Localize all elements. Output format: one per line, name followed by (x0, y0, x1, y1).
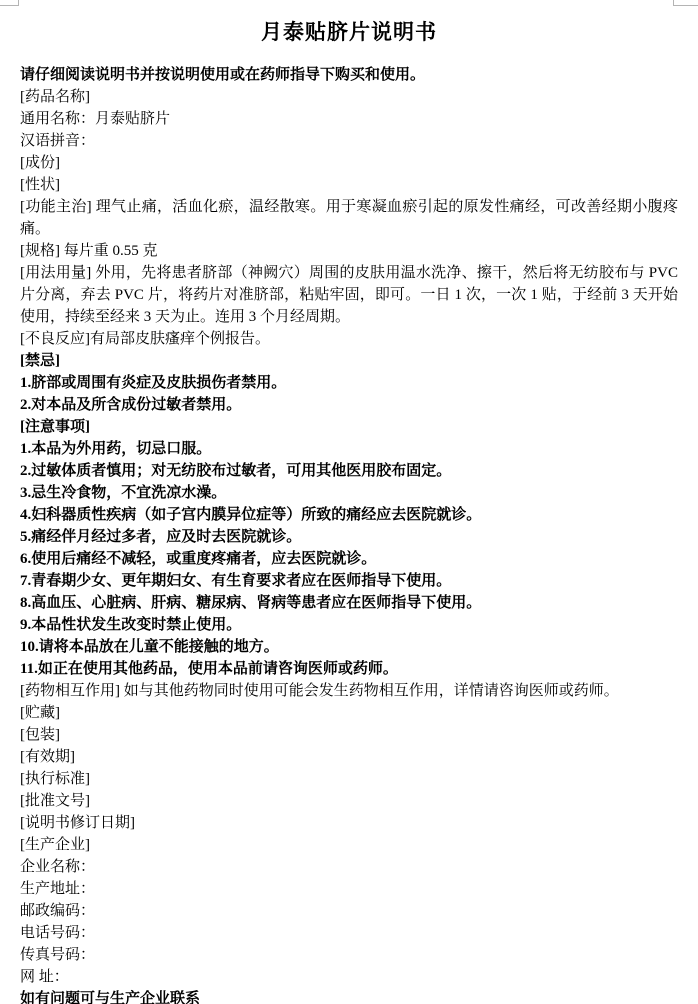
page-boundary-mark-left (0, 0, 19, 6)
precaution-2: 2.过敏体质者慎用；对无纺胶布过敏者，可用其他医用胶布固定。 (20, 460, 678, 482)
page-boundary-mark-right (673, 0, 698, 6)
pinyin: 汉语拼音： (20, 130, 678, 152)
document-title: 月泰贴脐片说明书 (0, 14, 698, 46)
adverse-reactions: [不良反应]有局部皮肤瘙痒个例报告。 (20, 328, 678, 350)
document-body: 请仔细阅读说明书并按说明使用或在药师指导下购买和使用。[药品名称]通用名称：月泰… (0, 64, 698, 1004)
label-drug-name: [药品名称] (20, 86, 678, 108)
precaution-1: 1.本品为外用药，切忌口服。 (20, 438, 678, 460)
generic-name: 通用名称：月泰贴脐片 (20, 108, 678, 130)
precaution-4: 4.妇科器质性疾病（如子宫内膜异位症等）所致的痛经应去医院就诊。 (20, 504, 678, 526)
label-contraindications: [禁忌] (20, 350, 678, 372)
label-package: [包装] (20, 724, 678, 746)
precaution-9: 9.本品性状发生改变时禁止使用。 (20, 614, 678, 636)
label-description: [性状] (20, 174, 678, 196)
fax-number: 传真号码： (20, 944, 678, 966)
precaution-5: 5.痛经伴月经过多者，应及时去医院就诊。 (20, 526, 678, 548)
contraindication-2: 2.对本品及所含成份过敏者禁用。 (20, 394, 678, 416)
functions-indications: [功能主治] 理气止痛，活血化瘀，温经散寒。用于寒凝血瘀引起的原发性痛经，可改善… (20, 196, 678, 240)
phone-number: 电话号码： (20, 922, 678, 944)
precaution-3: 3.忌生冷食物，不宜洗凉水澡。 (20, 482, 678, 504)
usage-dosage: [用法用量] 外用，先将患者脐部（神阙穴）周围的皮肤用温水洗净、擦干，然后将无纺… (20, 262, 678, 328)
label-revision-date: [说明书修订日期] (20, 812, 678, 834)
specification: [规格] 每片重 0.55 克 (20, 240, 678, 262)
precaution-7: 7.青春期少女、更年期妇女、有生育要求者应在医师指导下使用。 (20, 570, 678, 592)
contraindication-1: 1.脐部或周围有炎症及皮肤损伤者禁用。 (20, 372, 678, 394)
postal-code: 邮政编码： (20, 900, 678, 922)
precaution-10: 10.请将本品放在儿童不能接触的地方。 (20, 636, 678, 658)
label-manufacturer: [生产企业] (20, 834, 678, 856)
label-validity: [有效期] (20, 746, 678, 768)
company-name: 企业名称： (20, 856, 678, 878)
website: 网 址： (20, 966, 678, 988)
label-ingredients: [成份] (20, 152, 678, 174)
precaution-8: 8.高血压、心脏病、肝病、糖尿病、肾病等患者应在医师指导下使用。 (20, 592, 678, 614)
label-standard: [执行标准] (20, 768, 678, 790)
label-storage: [贮藏] (20, 702, 678, 724)
contact-notice: 如有问题可与生产企业联系 (20, 988, 678, 1004)
precaution-11: 11.如正在使用其他药品，使用本品前请咨询医师或药师。 (20, 658, 678, 680)
precaution-6: 6.使用后痛经不减轻，或重度疼痛者，应去医院就诊。 (20, 548, 678, 570)
drug-interactions: [药物相互作用] 如与其他药物同时使用可能会发生药物相互作用，详情请咨询医师或药… (20, 680, 678, 702)
label-approval-number: [批准文号] (20, 790, 678, 812)
production-address: 生产地址： (20, 878, 678, 900)
label-precautions: [注意事项] (20, 416, 678, 438)
reading-notice: 请仔细阅读说明书并按说明使用或在药师指导下购买和使用。 (20, 64, 678, 86)
